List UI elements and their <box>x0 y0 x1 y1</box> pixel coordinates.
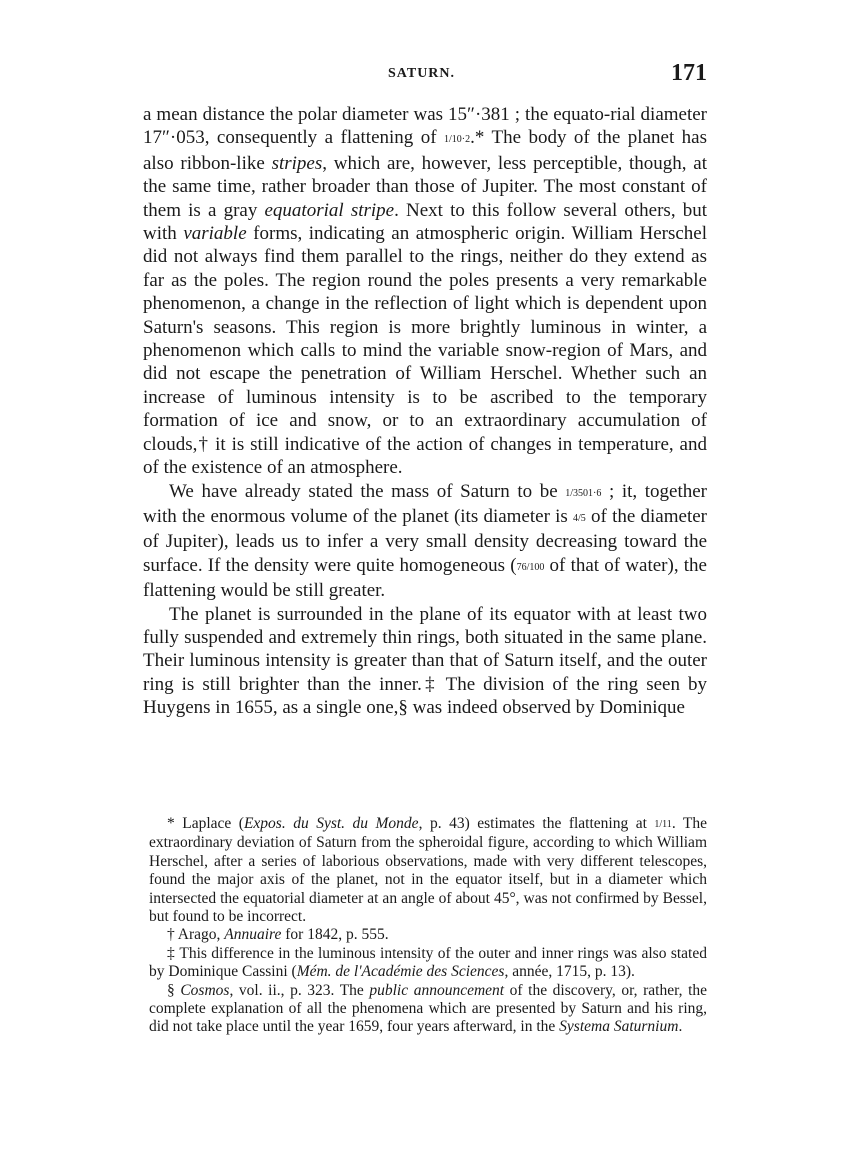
footnotes: * Laplace (Expos. du Syst. du Monde, p. … <box>149 815 707 1037</box>
footnote-dagger: † Arago, Annuaire for 1842, p. 555. <box>149 926 707 944</box>
body-text: a mean distance the polar diameter was 1… <box>143 103 707 720</box>
page-number: 171 <box>671 60 707 87</box>
footnote-double-dagger: ‡ This difference in the luminous intens… <box>149 945 707 982</box>
fraction: 1/3501·6 <box>565 488 601 499</box>
fraction: 1/11 <box>654 819 671 830</box>
running-head: SATURN. 171 <box>143 62 707 92</box>
chapter-title: SATURN. <box>388 66 455 82</box>
fraction: 76/100 <box>517 562 545 573</box>
paragraph-3: The planet is surrounded in the plane of… <box>143 603 707 720</box>
fraction: 1/10·2 <box>444 134 470 145</box>
paragraph-1: a mean distance the polar diameter was 1… <box>143 103 707 480</box>
paragraph-2: We have already stated the mass of Satur… <box>143 480 707 603</box>
footnote-section: § Cosmos, vol. ii., p. 323. The public a… <box>149 982 707 1037</box>
footnote-star: * Laplace (Expos. du Syst. du Monde, p. … <box>149 815 707 926</box>
fraction: 4/5 <box>573 513 586 524</box>
